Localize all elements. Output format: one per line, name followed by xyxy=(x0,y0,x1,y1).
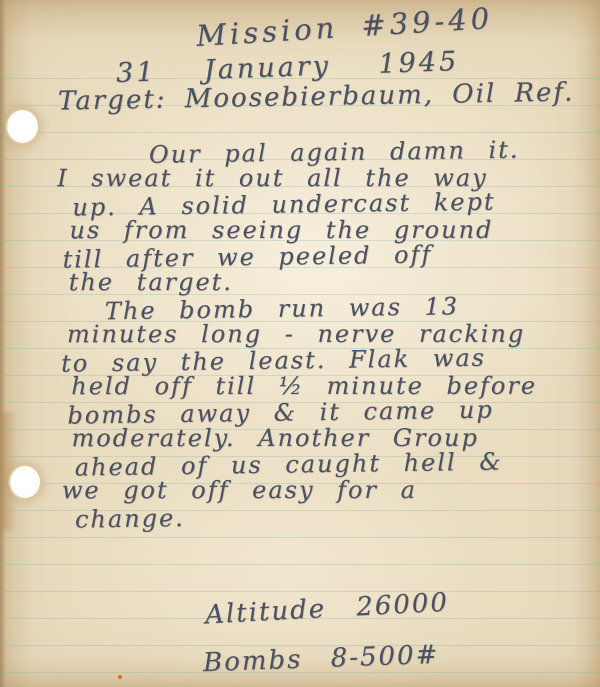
handwritten-line: us from seeing the ground xyxy=(69,217,587,243)
bombs-note: Bombs 8-500# xyxy=(203,640,440,678)
handwritten-line: we got off easy for a xyxy=(62,477,589,503)
handwritten-line: the target. xyxy=(69,269,588,295)
diary-page: Mission #39-40 31 January 1945 Target: M… xyxy=(0,0,600,687)
handwritten-line: minutes long - nerve racking xyxy=(67,321,588,347)
handwritten-line: change. xyxy=(75,499,589,532)
handwriting-layer: Mission #39-40 31 January 1945 Target: M… xyxy=(0,0,600,687)
altitude-note: Altitude 26000 xyxy=(204,588,449,631)
diary-body: Our pal again damn it. I sweat it out al… xyxy=(54,138,589,531)
handwritten-line: I sweat it out all the way xyxy=(57,165,587,191)
handwritten-line: held off till ½ minute before xyxy=(71,373,588,399)
mission-title: Mission #39-40 xyxy=(195,1,494,53)
handwritten-line: moderately. Another Group xyxy=(72,425,589,451)
